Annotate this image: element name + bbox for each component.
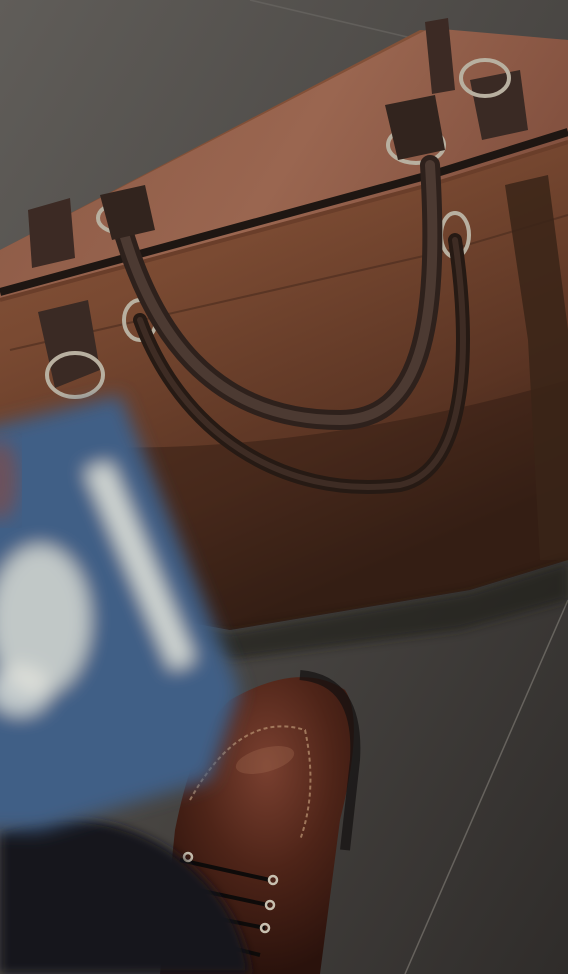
travel-photo — [0, 0, 568, 974]
photo-scene — [0, 0, 568, 974]
